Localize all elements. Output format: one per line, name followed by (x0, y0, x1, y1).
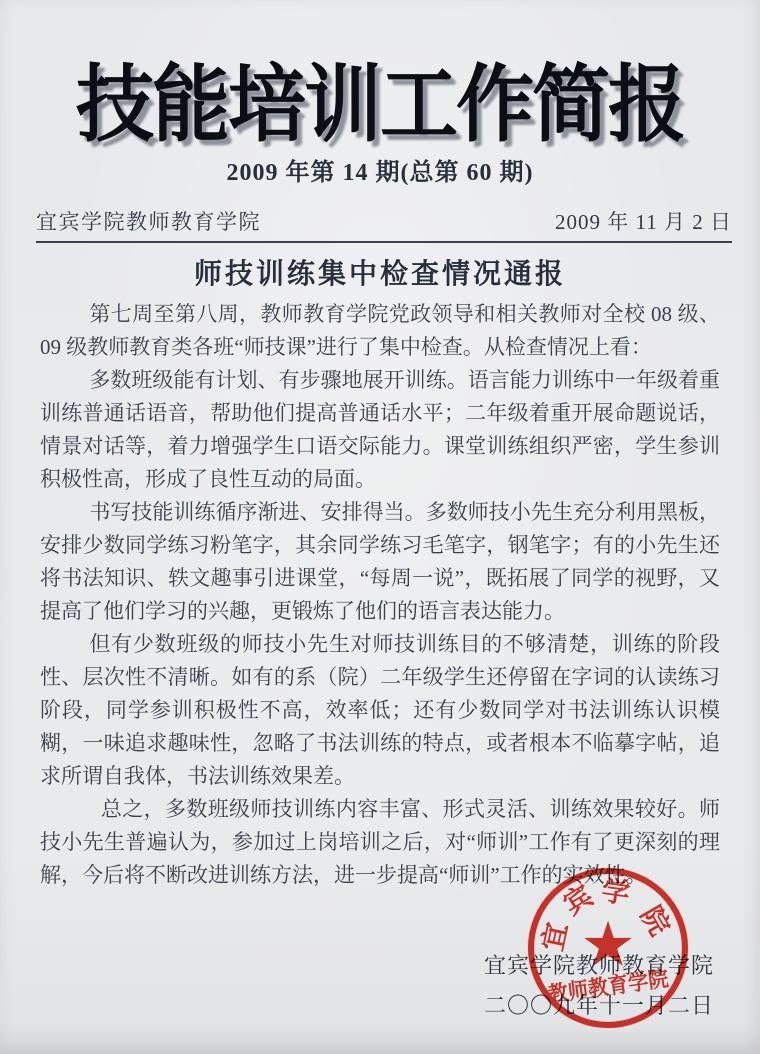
body-paragraph: 书写技能训练循序渐进、安排得当。多数师技小先生充分利用黑板，安排少数同学练习粉笔… (40, 496, 720, 628)
masthead-title: 技能培训工作简报 (0, 38, 760, 159)
scanned-bulletin-page: 技能培训工作简报 2009 年第 14 期(总第 60 期) 宜宾学院教师教育学… (0, 0, 760, 1054)
publisher-org-name: 宜宾学院教师教育学院 (36, 206, 261, 236)
seal-ring-char: 学 (599, 869, 632, 913)
issue-number-line: 2009 年第 14 期(总第 60 期) (0, 152, 760, 187)
article-body: 第七周至第八周，教师教育学院党政领导和相关教师对全校 08 级、09 级教师教育… (40, 298, 720, 892)
official-seal: 宜 宾 学 院 ★ 教师教育学院 (528, 868, 688, 1028)
body-paragraph: 但有少数班级的师技小先生对师技训练目的不够清楚，训练的阶段性、层次性不清晰。如有… (40, 628, 720, 793)
article-title: 师技训练集中检查情况通报 (0, 252, 760, 292)
publication-date: 2009 年 11 月 2 日 (555, 206, 732, 236)
header-rule-row: 宜宾学院教师教育学院 2009 年 11 月 2 日 (36, 206, 732, 243)
body-paragraph: 多数班级能有计划、有步骤地展开训练。语言能力训练中一年级着重训练普通话语音，帮助… (40, 364, 720, 496)
body-paragraph: 第七周至第八周，教师教育学院党政领导和相关教师对全校 08 级、09 级教师教育… (40, 298, 720, 364)
